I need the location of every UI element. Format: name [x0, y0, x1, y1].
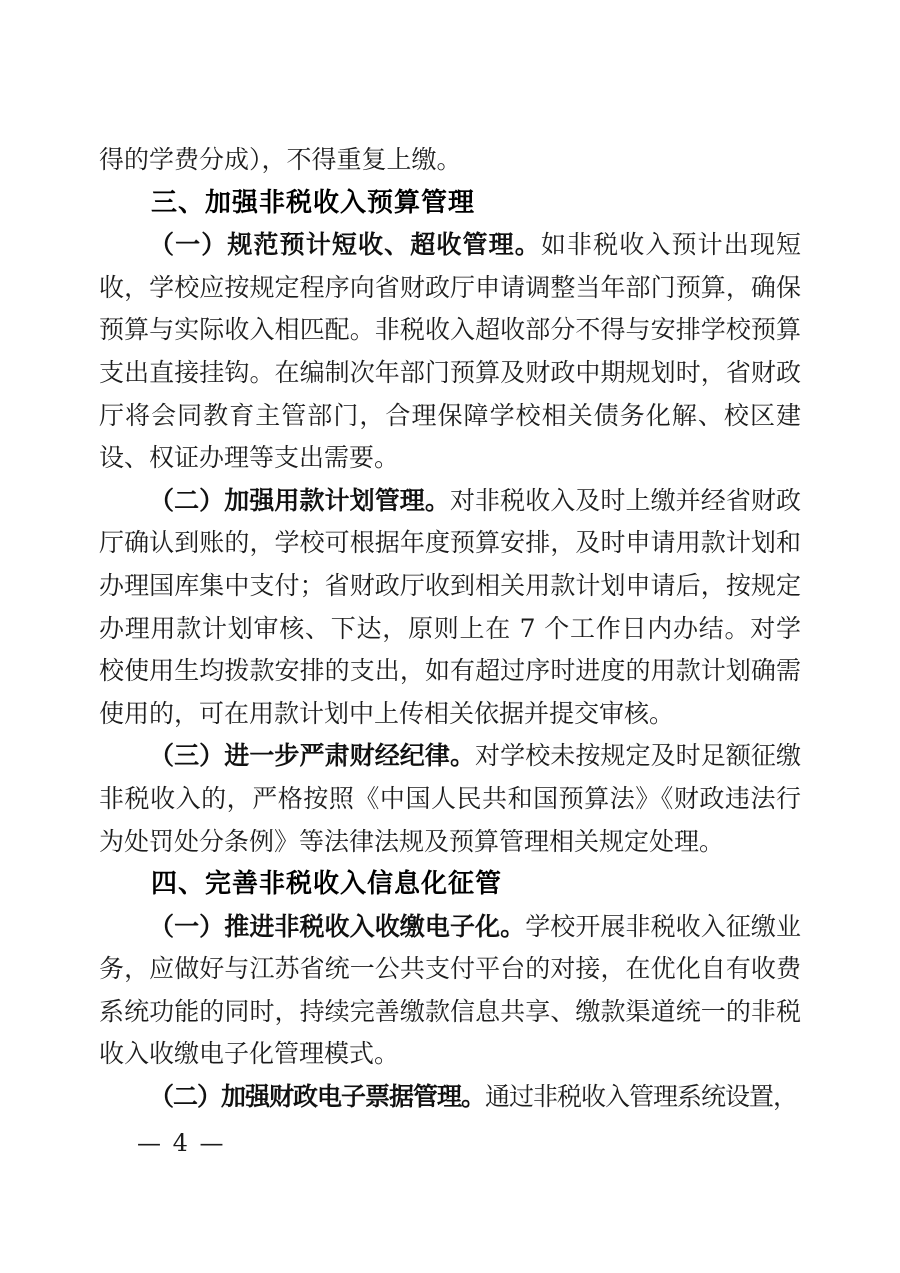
paragraph-text: 通过非税收入管理系统设置，	[485, 1082, 797, 1111]
page-number: — 4 —	[137, 1127, 226, 1159]
paragraph-text: 得的学费分成），不得重复上缴。	[99, 145, 462, 174]
heading-text: 三、加强非税收入预算管理	[151, 188, 475, 218]
continuation-paragraph: 得的学费分成），不得重复上缴。	[99, 139, 801, 182]
paragraph-3-1: （一）规范预计短收、超收管理。如非税收入预计出现短收，学校应按规定程序向省财政厅…	[99, 224, 801, 480]
section-heading-3: 三、加强非税收入预算管理	[99, 182, 801, 225]
paragraph-lead: （二）加强财政电子票据管理。	[149, 1082, 485, 1111]
document-page: 得的学费分成），不得重复上缴。 三、加强非税收入预算管理 （一）规范预计短收、超…	[0, 0, 900, 1273]
heading-text: 四、完善非税收入信息化征管	[151, 869, 502, 899]
paragraph-4-1: （一）推进非税收入收缴电子化。学校开展非税收入征缴业务，应做好与江苏省统一公共支…	[99, 906, 801, 1076]
paragraph-4-2: （二）加强财政电子票据管理。通过非税收入管理系统设置，	[99, 1076, 801, 1119]
paragraph-lead: （三）进一步严肃财经纪律。	[149, 741, 475, 770]
paragraph-3-3: （三）进一步严肃财经纪律。对学校未按规定及时足额征缴非税收入的，严格按照《中国人…	[99, 735, 801, 863]
paragraph-text: 如非税收入预计出现短收，学校应按规定程序向省财政厅申请调整当年部门预算，确保预算…	[99, 230, 801, 472]
paragraph-lead: （一）规范预计短收、超收管理。	[149, 230, 541, 259]
paragraph-text: 对非税收入及时上缴并经省财政厅确认到账的，学校可根据年度预算安排，及时申请用款计…	[99, 486, 801, 728]
paragraph-3-2: （二）加强用款计划管理。对非税收入及时上缴并经省财政厅确认到账的，学校可根据年度…	[99, 480, 801, 736]
paragraph-lead: （一）推进非税收入收缴电子化。	[149, 912, 525, 941]
section-heading-4: 四、完善非税收入信息化征管	[99, 863, 801, 906]
paragraph-lead: （二）加强用款计划管理。	[149, 486, 450, 515]
document-body: 得的学费分成），不得重复上缴。 三、加强非税收入预算管理 （一）规范预计短收、超…	[99, 139, 801, 1119]
